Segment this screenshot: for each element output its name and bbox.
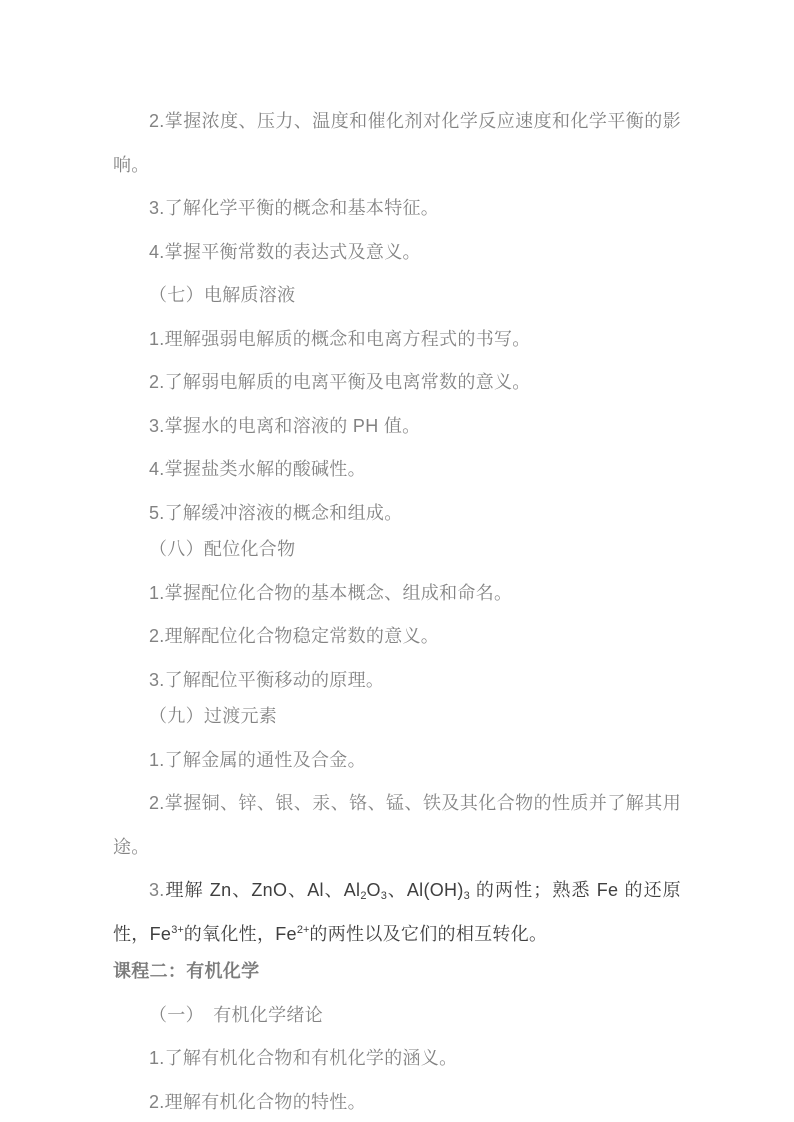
syllabus-item-chem-formulas: 3.理解 Zn、ZnO、Al、Al2O3、Al(OH)3 的两性；熟悉 Fe 的… (113, 869, 681, 956)
syllabus-item: 2.掌握铜、锌、银、汞、铬、锰、铁及其化合物的性质并了解其用途。 (113, 782, 681, 869)
section-title: （九）过渡元素 (113, 695, 681, 739)
syllabus-item: 4.掌握平衡常数的表达式及意义。 (113, 231, 681, 275)
section-title: （七）电解质溶液 (113, 274, 681, 318)
syllabus-item: 1.理解强弱电解质的概念和电离方程式的书写。 (113, 318, 681, 362)
syllabus-item: 2.了解弱电解质的电离平衡及电离常数的意义。 (113, 361, 681, 405)
syllabus-item: 1.掌握配位化合物的基本概念、组成和命名。 (113, 572, 681, 616)
syllabus-item: 2.理解配位化合物稳定常数的意义。 (113, 615, 681, 659)
syllabus-item: 4.掌握盐类水解的酸碱性。 (113, 448, 681, 492)
section-title: （一） 有机化学绪论 (113, 994, 681, 1038)
syllabus-item: 2.掌握浓度、压力、温度和催化剂对化学反应速度和化学平衡的影响。 (113, 100, 681, 187)
document-page: 2.掌握浓度、压力、温度和催化剂对化学反应速度和化学平衡的影响。 3.了解化学平… (0, 0, 794, 1122)
syllabus-item: 3.了解化学平衡的概念和基本特征。 (113, 187, 681, 231)
document-content: 2.掌握浓度、压力、温度和催化剂对化学反应速度和化学平衡的影响。 3.了解化学平… (113, 100, 681, 1122)
syllabus-item: 2.理解有机化合物的特性。 (113, 1081, 681, 1122)
syllabus-item: 3.掌握水的电离和溶液的 PH 值。 (113, 405, 681, 449)
course-heading: 课程二：有机化学 (113, 950, 681, 994)
syllabus-item: 1.了解金属的通性及合金。 (113, 739, 681, 783)
syllabus-item: 1.了解有机化合物和有机化学的涵义。 (113, 1037, 681, 1081)
